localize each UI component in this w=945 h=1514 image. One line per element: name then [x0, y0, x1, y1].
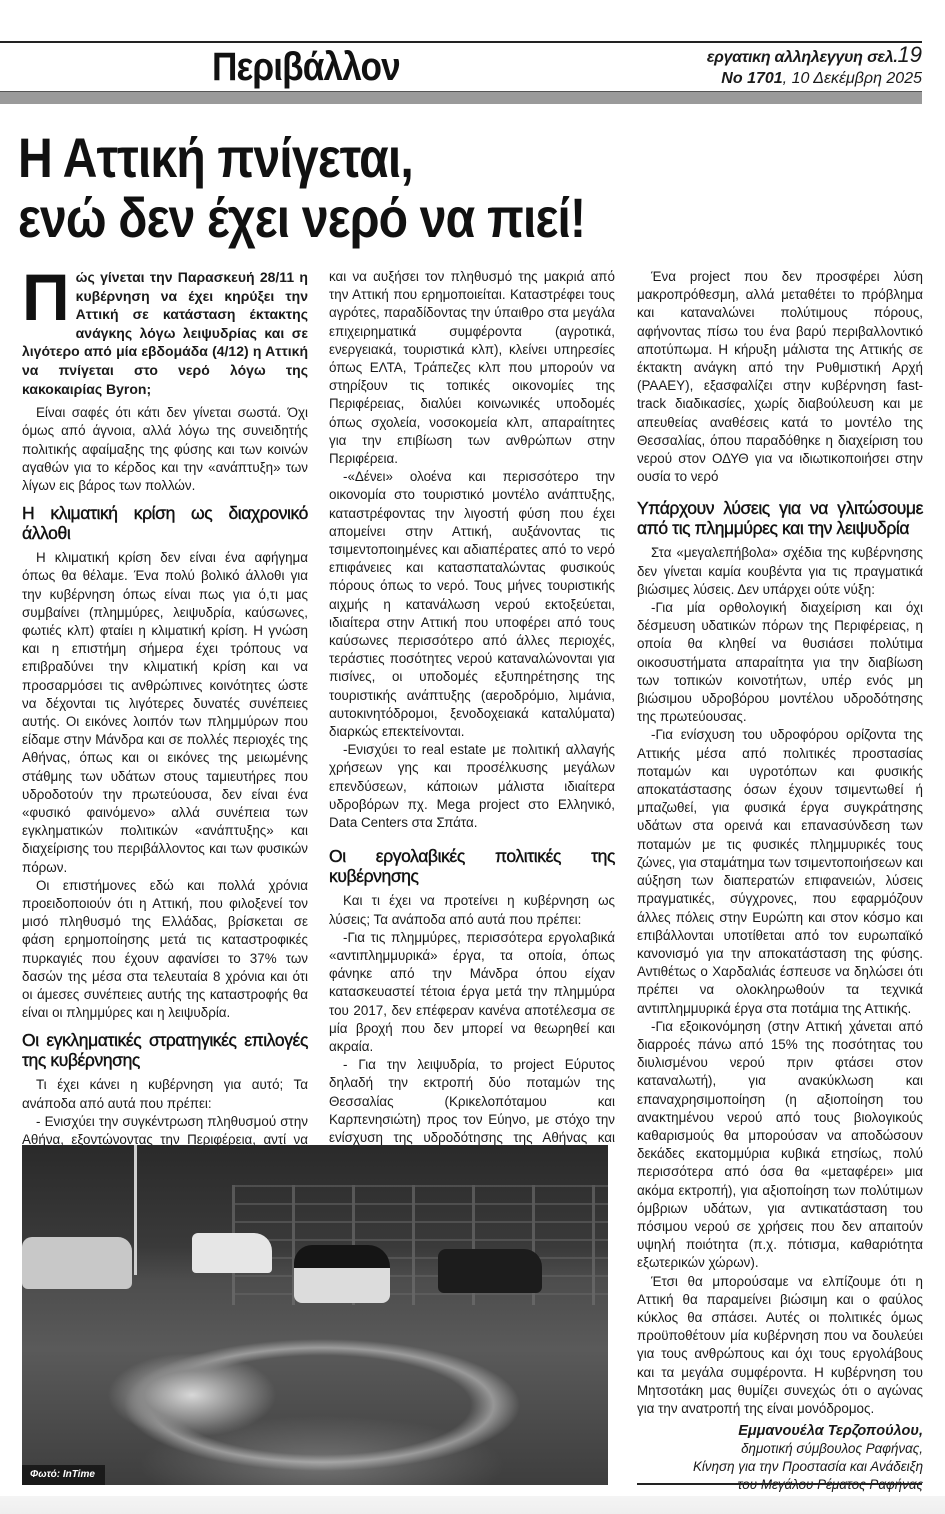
drop-cap: Π	[22, 270, 70, 324]
fence-graphic	[232, 1185, 608, 1305]
car-graphic	[22, 1237, 132, 1289]
article-column-3: Ένα project που δεν προσφέρει λύση μακρο…	[637, 268, 923, 1494]
headline-line-2: ενώ δεν έχει νερό να πιεί!	[18, 188, 792, 248]
paragraph: Είναι σαφές ότι κάτι δεν γίνεται σωστά. …	[22, 404, 308, 495]
subheading-solutions: Υπάρχουν λύσεις για να γλιτώσουμε από τι…	[637, 498, 923, 538]
paragraph: -Για εξοικονόμηση (στην Αττική χάνεται α…	[637, 1018, 923, 1273]
paragraph: Στα «μεγαλεπήβολα» σχέδια της κυβέρνησης…	[637, 544, 923, 599]
author-name: Εμμανουέλα Τερζοπούλου,	[637, 1422, 923, 1440]
publication-name: εργατικη αλληλεγγυη	[707, 49, 863, 66]
small-car-graphic	[294, 1245, 390, 1303]
author-org-line-1: Κίνηση για την Προστασία και Ανάδειξη	[637, 1458, 923, 1476]
page-label: σελ.	[867, 49, 897, 66]
paragraph: και να αυξήσει τον πληθυσμό της μακριά α…	[329, 268, 615, 468]
paragraph: Οι επιστήμονες εδώ και πολλά χρόνια προε…	[22, 877, 308, 1023]
issue-line: Νο 1701, 10 Δεκέμβρη 2025	[707, 68, 922, 89]
dark-car-graphic	[438, 1249, 542, 1293]
subheading-criminal-strategies: Οι εγκληματικές στρατηγικές επιλογές της…	[22, 1030, 308, 1070]
headline-line-1: Η Αττική πνίγεται,	[18, 128, 792, 188]
paragraph: Έτσι θα μπορούσαμε να ελπίζουμε ότι η Ατ…	[637, 1273, 923, 1419]
author-org-line-2: του Μεγάλου Ρέματος Ραφήνας	[637, 1476, 923, 1494]
lead-paragraph: Πώς γίνεται την Παρασκευή 28/11 η κυβέρν…	[22, 268, 308, 398]
author-role: δημοτική σύμβουλος Ραφήνας,	[637, 1440, 923, 1458]
article-end-rule	[637, 1483, 922, 1485]
issue-date: , 10 Δεκέμβρη 2025	[783, 70, 922, 87]
photo-credit: Φωτό: InTime	[22, 1465, 105, 1485]
paragraph: -Για ενίσχυση του υδροφόρου ορίζοντα της…	[637, 726, 923, 1017]
newspaper-page: Περιβάλλον εργατικη αλληλεγγυη σελ.19 Νο…	[0, 0, 945, 1514]
paragraph: Η κλιματική κρίση δεν είναι ένα αφήγημα …	[22, 549, 308, 877]
page-number: 19	[898, 42, 922, 67]
van-graphic	[192, 1233, 272, 1273]
paragraph: Ένα project που δεν προσφέρει λύση μακρο…	[637, 268, 923, 486]
paragraph: -Για μία ορθολογική διαχείριση και όχι δ…	[637, 599, 923, 726]
article-column-1: Πώς γίνεται την Παρασκευή 28/11 η κυβέρν…	[22, 268, 308, 1167]
paragraph: Και τι έχει να προτείνει η κυβέρνηση ως …	[329, 892, 615, 928]
article-column-2: και να αυξήσει τον πληθυσμό της μακριά α…	[329, 268, 615, 1165]
paragraph: -«Δένει» ολοένα και περισσότερο την οικο…	[329, 468, 615, 741]
paragraph: -Για τις πλημμύρες, περισσότερα εργολαβι…	[329, 929, 615, 1056]
section-title: Περιβάλλον	[212, 44, 400, 90]
subheading-climate-alibi: Η κλιματική κρίση ως διαχρονικό άλλοθι	[22, 503, 308, 543]
masthead-top-rule	[0, 41, 922, 43]
issue-number: Νο 1701	[721, 70, 782, 87]
page-bottom-margin	[0, 1496, 945, 1514]
masthead-gray-bar	[0, 91, 922, 104]
paragraph: -Ενισχύει το real estate με πολιτική αλλ…	[329, 741, 615, 832]
flood-photo: Φωτό: InTime	[22, 1145, 608, 1485]
publication-line: εργατικη αλληλεγγυη σελ.19	[707, 44, 922, 68]
article-headline: Η Αττική πνίγεται, ενώ δεν έχει νερό να …	[18, 128, 792, 248]
lamp-pole-graphic	[134, 1145, 137, 1275]
subheading-contractor-policies: Οι εργολαβικές πολιτικές της κυβέρνησης	[329, 846, 615, 886]
publication-info: εργατικη αλληλεγγυη σελ.19 Νο 1701, 10 Δ…	[707, 44, 922, 89]
paragraph: Τι έχει κάνει η κυβέρνηση για αυτό; Τα α…	[22, 1076, 308, 1112]
